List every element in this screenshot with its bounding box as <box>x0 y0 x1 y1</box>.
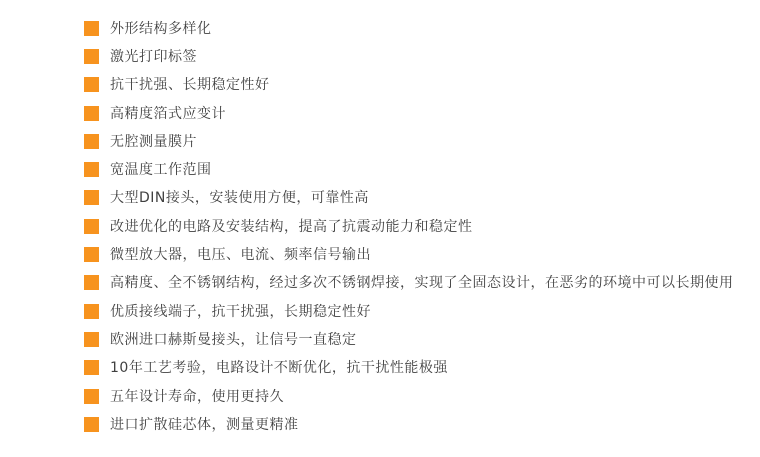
list-item-text: 五年设计寿命，使用更持久 <box>110 389 284 404</box>
list-item-text: 高精度箔式应变计 <box>110 106 226 121</box>
bullet-square-icon <box>84 77 99 92</box>
list-item-text: 欧洲进口赫斯曼接头，让信号一直稳定 <box>110 332 357 347</box>
list-item: 外形结构多样化 <box>84 14 754 42</box>
list-item: 宽温度工作范围 <box>84 155 754 183</box>
bullet-square-icon <box>84 219 99 234</box>
bullet-square-icon <box>84 162 99 177</box>
list-item: 五年设计寿命，使用更持久 <box>84 382 754 410</box>
list-item-text: 进口扩散硅芯体，测量更精准 <box>110 417 299 432</box>
list-item: 高精度箔式应变计 <box>84 99 754 127</box>
list-item: 激光打印标签 <box>84 42 754 70</box>
list-item-text: 抗干扰强、长期稳定性好 <box>110 77 270 92</box>
list-item: 改进优化的电路及安装结构，提高了抗震动能力和稳定性 <box>84 212 754 240</box>
list-item: 10年工艺考验，电路设计不断优化，抗干扰性能极强 <box>84 354 754 382</box>
list-item: 无腔测量膜片 <box>84 127 754 155</box>
bullet-square-icon <box>84 304 99 319</box>
bullet-square-icon <box>84 190 99 205</box>
bullet-square-icon <box>84 106 99 121</box>
list-item-text: 优质接线端子，抗干扰强，长期稳定性好 <box>110 304 371 319</box>
list-item-text: 高精度、全不锈钢结构，经过多次不锈钢焊接，实现了全固态设计，在恶劣的环境中可以长… <box>110 275 734 290</box>
list-item-text: 微型放大器，电压、电流、频率信号输出 <box>110 247 371 262</box>
bullet-square-icon <box>84 49 99 64</box>
list-item-text: 大型DIN接头，安装使用方便，可靠性高 <box>110 190 369 205</box>
list-item-text: 10年工艺考验，电路设计不断优化，抗干扰性能极强 <box>110 360 448 375</box>
bullet-square-icon <box>84 360 99 375</box>
list-item: 进口扩散硅芯体，测量更精准 <box>84 410 754 438</box>
bullet-square-icon <box>84 247 99 262</box>
product-feature-list: 外形结构多样化 激光打印标签 抗干扰强、长期稳定性好 高精度箔式应变计 无腔测量… <box>84 14 754 438</box>
bullet-square-icon <box>84 21 99 36</box>
list-item-text: 激光打印标签 <box>110 49 197 64</box>
list-item: 欧洲进口赫斯曼接头，让信号一直稳定 <box>84 325 754 353</box>
list-item: 大型DIN接头，安装使用方便，可靠性高 <box>84 184 754 212</box>
list-item-text: 外形结构多样化 <box>110 21 212 36</box>
bullet-square-icon <box>84 417 99 432</box>
list-item-text: 改进优化的电路及安装结构，提高了抗震动能力和稳定性 <box>110 219 473 234</box>
bullet-square-icon <box>84 134 99 149</box>
list-item-text: 无腔测量膜片 <box>110 134 197 149</box>
bullet-square-icon <box>84 332 99 347</box>
list-item: 微型放大器，电压、电流、频率信号输出 <box>84 240 754 268</box>
list-item: 优质接线端子，抗干扰强，长期稳定性好 <box>84 297 754 325</box>
list-item: 高精度、全不锈钢结构，经过多次不锈钢焊接，实现了全固态设计，在恶劣的环境中可以长… <box>84 269 754 297</box>
bullet-square-icon <box>84 389 99 404</box>
list-item-text: 宽温度工作范围 <box>110 162 212 177</box>
bullet-square-icon <box>84 275 99 290</box>
list-item: 抗干扰强、长期稳定性好 <box>84 71 754 99</box>
